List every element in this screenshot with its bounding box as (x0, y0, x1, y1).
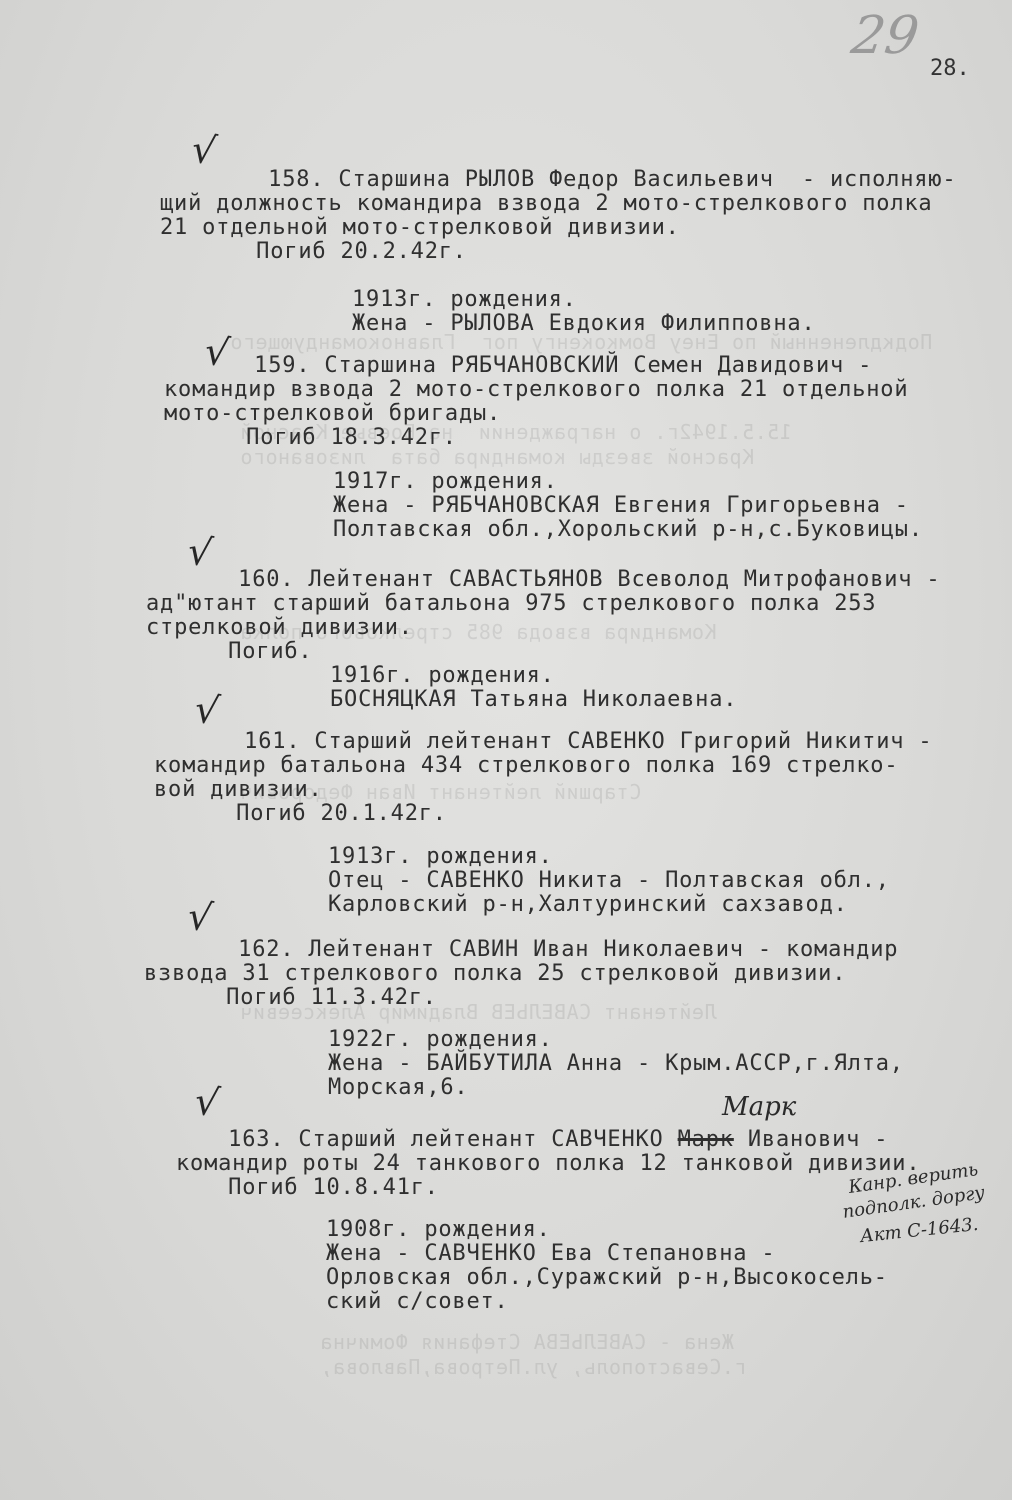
checkmark-icon: √ (185, 894, 215, 941)
entry-159-relative: Жена - РЯБЧАНОВСКАЯ Евгения Григорьевна … (333, 494, 909, 518)
entry-159-line-2: командир взвода 2 мото-стрелкового полка… (164, 378, 908, 402)
entry-162-birth: 1922г. рождения. (328, 1028, 553, 1052)
entry-161-line-3: вой дивизии. (154, 778, 323, 802)
archive-document-page: Подкдлененный по Енеу Вомкокенгу пог Гла… (0, 0, 1012, 1500)
entry-163-address-cont: ский с/совет. (326, 1290, 509, 1314)
entry-158-line-2: щий должность командира взвода 2 мото-ст… (160, 192, 932, 216)
entry-162-address: Морская,6. (328, 1076, 468, 1100)
bleed-through-text: Жена - САВЕЛЬЕВА Стефания Фомична (320, 1330, 734, 1354)
entry-162-line-1: 162. Лейтенант САВИН Иван Николаевич - к… (182, 938, 898, 962)
entry-159-address: Полтавская обл.,Хорольский р-н,с.Буковиц… (333, 518, 923, 542)
handwritten-page-number: 29 (848, 6, 923, 66)
entry-158-relative: Жена - РЫЛОВА Евдокия Филипповна. (352, 312, 816, 336)
entry-161-line-2: командир батальона 434 стрелкового полка… (154, 754, 898, 778)
entry-162-line-2: взвода 31 стрелкового полка 25 стрелково… (144, 962, 846, 986)
entry-160-line-2: ад"ютант старший батальона 975 стрелково… (146, 592, 876, 616)
entry-161-relative: Отец - САВЕНКО Никита - Полтавская обл., (328, 869, 890, 893)
entry-160-line-3: стрелковой дивизии. (146, 616, 413, 640)
entry-163-line-1-head: 163. Старший лейтенант САВЧЕНКО (172, 1127, 678, 1152)
entry-161-address: Карловский р-н,Халтуринский сахзавод. (328, 893, 848, 917)
entry-159-death: Погиб 18.3.42г. (190, 426, 457, 450)
bleed-through-text: г.Севастополь, ул.Петрова,Павлова, (320, 1355, 746, 1379)
entry-160-line-1: 160. Лейтенант САВАСТЬЯНОВ Всеволод Митр… (182, 568, 940, 592)
entry-158-line-3: 21 отдельной мото-стрелковой дивизии. (160, 216, 680, 240)
checkmark-icon: √ (192, 687, 222, 734)
entry-161-death: Погиб 20.1.42г. (180, 802, 447, 826)
struck-out-name: Марк (678, 1127, 734, 1152)
entry-159-line-3: мото-стрелковой бригады. (164, 402, 501, 426)
handwritten-correction: Марк (722, 1092, 796, 1122)
checkmark-icon: √ (192, 1079, 222, 1126)
entry-160-birth: 1916г. рождения. (330, 664, 555, 688)
entry-163-address: Орловская обл.,Суражский р-н,Высокосель- (326, 1266, 888, 1290)
entry-162-death: Погиб 11.3.42г. (170, 986, 437, 1010)
typed-page-number: 28. (930, 56, 970, 81)
entry-161-line-1: 161. Старший лейтенант САВЕНКО Григорий … (188, 730, 932, 754)
entry-163-line-2: командир роты 24 танкового полка 12 танк… (176, 1152, 920, 1176)
entry-162-relative: Жена - БАЙБУТИЛА Анна - Крым.АССР,г.Ялта… (328, 1052, 904, 1076)
entry-163-death: Погиб 10.8.41г. (172, 1176, 439, 1200)
entry-160-relative: БОСНЯЦКАЯ Татьяна Николаевна. (330, 688, 737, 712)
entry-163-birth: 1908г. рождения. (326, 1218, 551, 1242)
entry-159-birth: 1917г. рождения. (333, 470, 558, 494)
entry-160-death: Погиб. (172, 640, 312, 664)
entry-161-birth: 1913г. рождения. (328, 845, 553, 869)
entry-163-line-1: 163. Старший лейтенант САВЧЕНКО Марк Ива… (172, 1128, 888, 1152)
entry-158-birth: 1913г. рождения. (352, 288, 577, 312)
entry-163-relative: Жена - САВЧЕНКО Ева Степановна - (326, 1242, 775, 1266)
entry-158-death: Погиб 20.2.42г. (200, 240, 467, 264)
entry-158-line-1: 158. Старшина РЫЛОВ Федор Васильевич - и… (212, 168, 956, 192)
entry-159-line-1: 159. Старшина РЯБЧАНОВСКИЙ Семен Давидов… (198, 354, 872, 378)
handwritten-annotation-line-3: Акт С-1643. (859, 1214, 979, 1247)
entry-163-line-1-tail: Иванович - (734, 1127, 889, 1152)
